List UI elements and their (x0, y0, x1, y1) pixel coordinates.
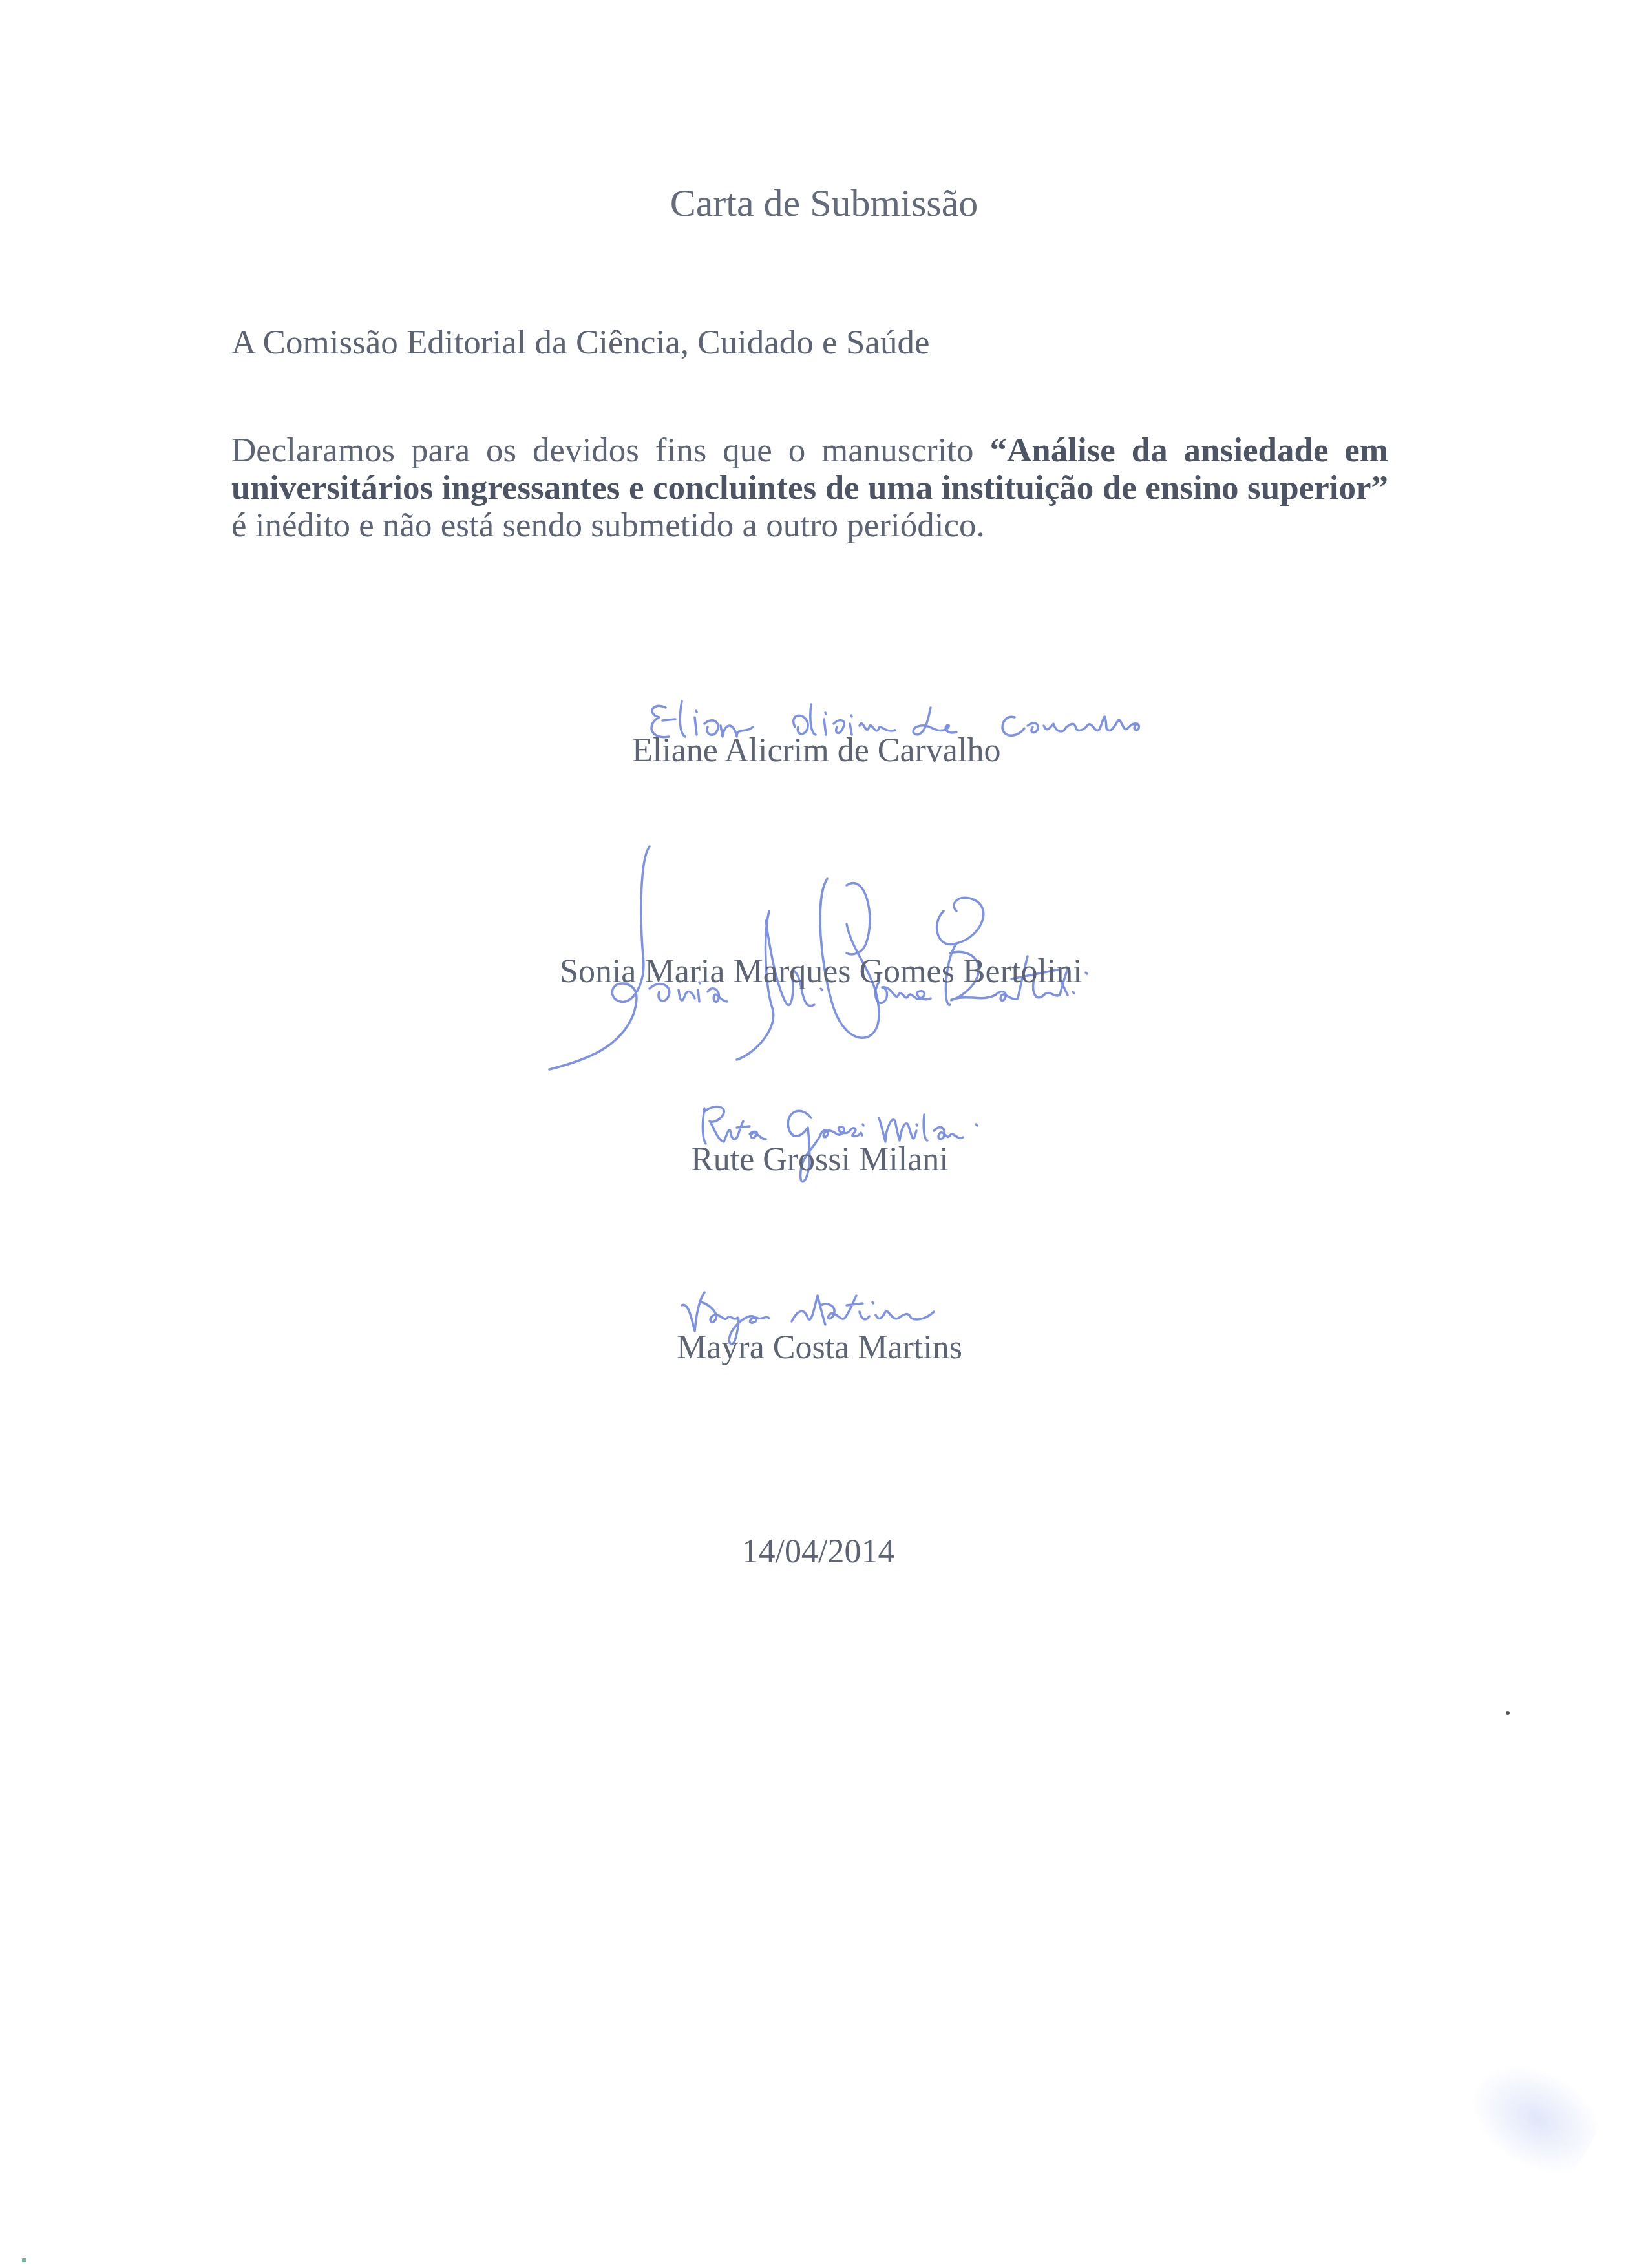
page-title: Carta de Submissão (0, 181, 1648, 226)
declaration-paragraph: Declaramos para os devidos fins que o ma… (231, 432, 1388, 544)
scan-smudge (1452, 2042, 1612, 2190)
letter-date: 14/04/2014 (0, 1533, 1636, 1571)
signatory-name-4: Mayra Costa Martins (677, 1328, 962, 1367)
recipient-line: A Comissão Editorial da Ciência, Cuidado… (231, 323, 929, 362)
signatory-name-3: Rute Grossi Milani (691, 1140, 949, 1179)
signatory-name-2: Sonia Maria Marques Gomes Bertolini (560, 952, 1083, 991)
signatory-name-1: Eliane Alicrim de Carvalho (632, 731, 1000, 770)
scan-corner-mark: ▪︎ (21, 2255, 26, 2264)
scan-speck (1506, 1711, 1510, 1715)
declaration-outro: é inédito e não está sendo submetido a o… (231, 507, 985, 544)
declaration-intro: Declaramos para os devidos fins que o ma… (231, 432, 989, 469)
